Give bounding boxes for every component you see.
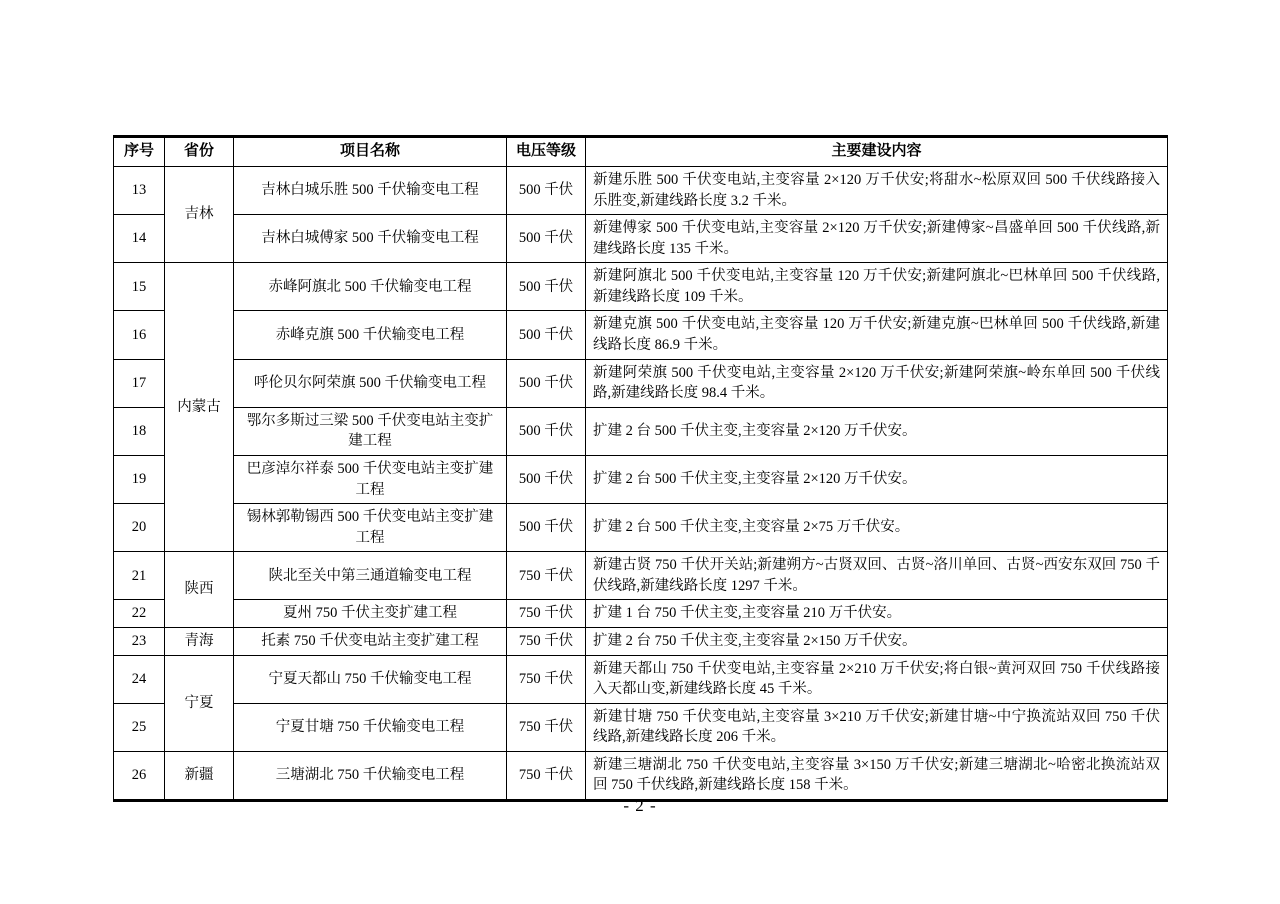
cell-voltage-level: 500 千伏 (507, 504, 586, 552)
cell-serial-no: 22 (114, 600, 165, 628)
cell-main-construction: 新建天都山 750 千伏变电站,主变容量 2×210 万千伏安;将白银~黄河双回… (586, 655, 1168, 703)
cell-project-name: 吉林白城乐胜 500 千伏输变电工程 (234, 167, 507, 215)
cell-serial-no: 16 (114, 311, 165, 359)
cell-voltage-level: 500 千伏 (507, 215, 586, 263)
cell-project-name: 赤峰克旗 500 千伏输变电工程 (234, 311, 507, 359)
cell-project-name: 鄂尔多斯过三梁 500 千伏变电站主变扩建工程 (234, 407, 507, 455)
cell-serial-no: 24 (114, 655, 165, 703)
cell-project-name: 宁夏天都山 750 千伏输变电工程 (234, 655, 507, 703)
cell-project-name: 宁夏甘塘 750 千伏输变电工程 (234, 703, 507, 751)
cell-serial-no: 14 (114, 215, 165, 263)
table-body: 13吉林吉林白城乐胜 500 千伏输变电工程500 千伏新建乐胜 500 千伏变… (114, 167, 1168, 801)
cell-voltage-level: 750 千伏 (507, 552, 586, 600)
table-row: 24宁夏宁夏天都山 750 千伏输变电工程750 千伏新建天都山 750 千伏变… (114, 655, 1168, 703)
table-row: 17呼伦贝尔阿荣旗 500 千伏输变电工程500 千伏新建阿荣旗 500 千伏变… (114, 359, 1168, 407)
cell-project-name: 赤峰阿旗北 500 千伏输变电工程 (234, 263, 507, 311)
table-row: 18鄂尔多斯过三梁 500 千伏变电站主变扩建工程500 千伏扩建 2 台 50… (114, 407, 1168, 455)
cell-main-construction: 扩建 2 台 500 千伏主变,主变容量 2×75 万千伏安。 (586, 504, 1168, 552)
table-row: 15内蒙古赤峰阿旗北 500 千伏输变电工程500 千伏新建阿旗北 500 千伏… (114, 263, 1168, 311)
cell-project-name: 锡林郭勒锡西 500 千伏变电站主变扩建工程 (234, 504, 507, 552)
cell-serial-no: 15 (114, 263, 165, 311)
cell-voltage-level: 750 千伏 (507, 703, 586, 751)
cell-main-construction: 新建甘塘 750 千伏变电站,主变容量 3×210 万千伏安;新建甘塘~中宁换流… (586, 703, 1168, 751)
cell-main-construction: 新建克旗 500 千伏变电站,主变容量 120 万千伏安;新建克旗~巴林单回 5… (586, 311, 1168, 359)
cell-province: 陕西 (165, 552, 234, 628)
cell-voltage-level: 500 千伏 (507, 167, 586, 215)
cell-serial-no: 17 (114, 359, 165, 407)
cell-main-construction: 新建乐胜 500 千伏变电站,主变容量 2×120 万千伏安;将甜水~松原双回 … (586, 167, 1168, 215)
table-row: 14吉林白城傅家 500 千伏输变电工程500 千伏新建傅家 500 千伏变电站… (114, 215, 1168, 263)
cell-project-name: 巴彦淖尔祥泰 500 千伏变电站主变扩建工程 (234, 455, 507, 503)
cell-voltage-level: 500 千伏 (507, 263, 586, 311)
cell-voltage-level: 500 千伏 (507, 359, 586, 407)
cell-project-name: 陕北至关中第三通道输变电工程 (234, 552, 507, 600)
table-row: 26新疆三塘湖北 750 千伏输变电工程750 千伏新建三塘湖北 750 千伏变… (114, 751, 1168, 800)
document-page: 序号 省份 项目名称 电压等级 主要建设内容 13吉林吉林白城乐胜 500 千伏… (0, 0, 1280, 904)
cell-voltage-level: 500 千伏 (507, 311, 586, 359)
cell-voltage-level: 750 千伏 (507, 655, 586, 703)
projects-table: 序号 省份 项目名称 电压等级 主要建设内容 13吉林吉林白城乐胜 500 千伏… (113, 135, 1168, 802)
cell-province: 宁夏 (165, 655, 234, 751)
cell-main-construction: 扩建 2 台 750 千伏主变,主变容量 2×150 万千伏安。 (586, 627, 1168, 655)
table-row: 19巴彦淖尔祥泰 500 千伏变电站主变扩建工程500 千伏扩建 2 台 500… (114, 455, 1168, 503)
table-row: 16赤峰克旗 500 千伏输变电工程500 千伏新建克旗 500 千伏变电站,主… (114, 311, 1168, 359)
cell-project-name: 夏州 750 千伏主变扩建工程 (234, 600, 507, 628)
col-header-serial-no: 序号 (114, 137, 165, 167)
col-header-project-name: 项目名称 (234, 137, 507, 167)
cell-project-name: 三塘湖北 750 千伏输变电工程 (234, 751, 507, 800)
cell-main-construction: 新建阿荣旗 500 千伏变电站,主变容量 2×120 万千伏安;新建阿荣旗~岭东… (586, 359, 1168, 407)
cell-main-construction: 扩建 2 台 500 千伏主变,主变容量 2×120 万千伏安。 (586, 407, 1168, 455)
table-row: 21陕西陕北至关中第三通道输变电工程750 千伏新建古贤 750 千伏开关站;新… (114, 552, 1168, 600)
cell-serial-no: 26 (114, 751, 165, 800)
cell-serial-no: 25 (114, 703, 165, 751)
cell-serial-no: 23 (114, 627, 165, 655)
col-header-province: 省份 (165, 137, 234, 167)
cell-province: 新疆 (165, 751, 234, 800)
cell-serial-no: 19 (114, 455, 165, 503)
page-number: - 2 - (0, 796, 1280, 816)
col-header-main-construction: 主要建设内容 (586, 137, 1168, 167)
cell-voltage-level: 500 千伏 (507, 407, 586, 455)
table-row: 25宁夏甘塘 750 千伏输变电工程750 千伏新建甘塘 750 千伏变电站,主… (114, 703, 1168, 751)
cell-province: 青海 (165, 627, 234, 655)
cell-serial-no: 18 (114, 407, 165, 455)
cell-province: 内蒙古 (165, 263, 234, 552)
cell-project-name: 吉林白城傅家 500 千伏输变电工程 (234, 215, 507, 263)
cell-province: 吉林 (165, 167, 234, 263)
cell-main-construction: 扩建 1 台 750 千伏主变,主变容量 210 万千伏安。 (586, 600, 1168, 628)
table-row: 13吉林吉林白城乐胜 500 千伏输变电工程500 千伏新建乐胜 500 千伏变… (114, 167, 1168, 215)
cell-serial-no: 20 (114, 504, 165, 552)
cell-main-construction: 扩建 2 台 500 千伏主变,主变容量 2×120 万千伏安。 (586, 455, 1168, 503)
cell-main-construction: 新建傅家 500 千伏变电站,主变容量 2×120 万千伏安;新建傅家~昌盛单回… (586, 215, 1168, 263)
cell-main-construction: 新建三塘湖北 750 千伏变电站,主变容量 3×150 万千伏安;新建三塘湖北~… (586, 751, 1168, 800)
cell-serial-no: 21 (114, 552, 165, 600)
table-header-row: 序号 省份 项目名称 电压等级 主要建设内容 (114, 137, 1168, 167)
cell-voltage-level: 500 千伏 (507, 455, 586, 503)
cell-main-construction: 新建阿旗北 500 千伏变电站,主变容量 120 万千伏安;新建阿旗北~巴林单回… (586, 263, 1168, 311)
table-row: 23青海托素 750 千伏变电站主变扩建工程750 千伏扩建 2 台 750 千… (114, 627, 1168, 655)
cell-voltage-level: 750 千伏 (507, 600, 586, 628)
cell-voltage-level: 750 千伏 (507, 751, 586, 800)
table-row: 20锡林郭勒锡西 500 千伏变电站主变扩建工程500 千伏扩建 2 台 500… (114, 504, 1168, 552)
cell-main-construction: 新建古贤 750 千伏开关站;新建朔方~古贤双回、古贤~洛川单回、古贤~西安东双… (586, 552, 1168, 600)
cell-voltage-level: 750 千伏 (507, 627, 586, 655)
cell-project-name: 托素 750 千伏变电站主变扩建工程 (234, 627, 507, 655)
cell-serial-no: 13 (114, 167, 165, 215)
table-row: 22夏州 750 千伏主变扩建工程750 千伏扩建 1 台 750 千伏主变,主… (114, 600, 1168, 628)
cell-project-name: 呼伦贝尔阿荣旗 500 千伏输变电工程 (234, 359, 507, 407)
col-header-voltage-level: 电压等级 (507, 137, 586, 167)
